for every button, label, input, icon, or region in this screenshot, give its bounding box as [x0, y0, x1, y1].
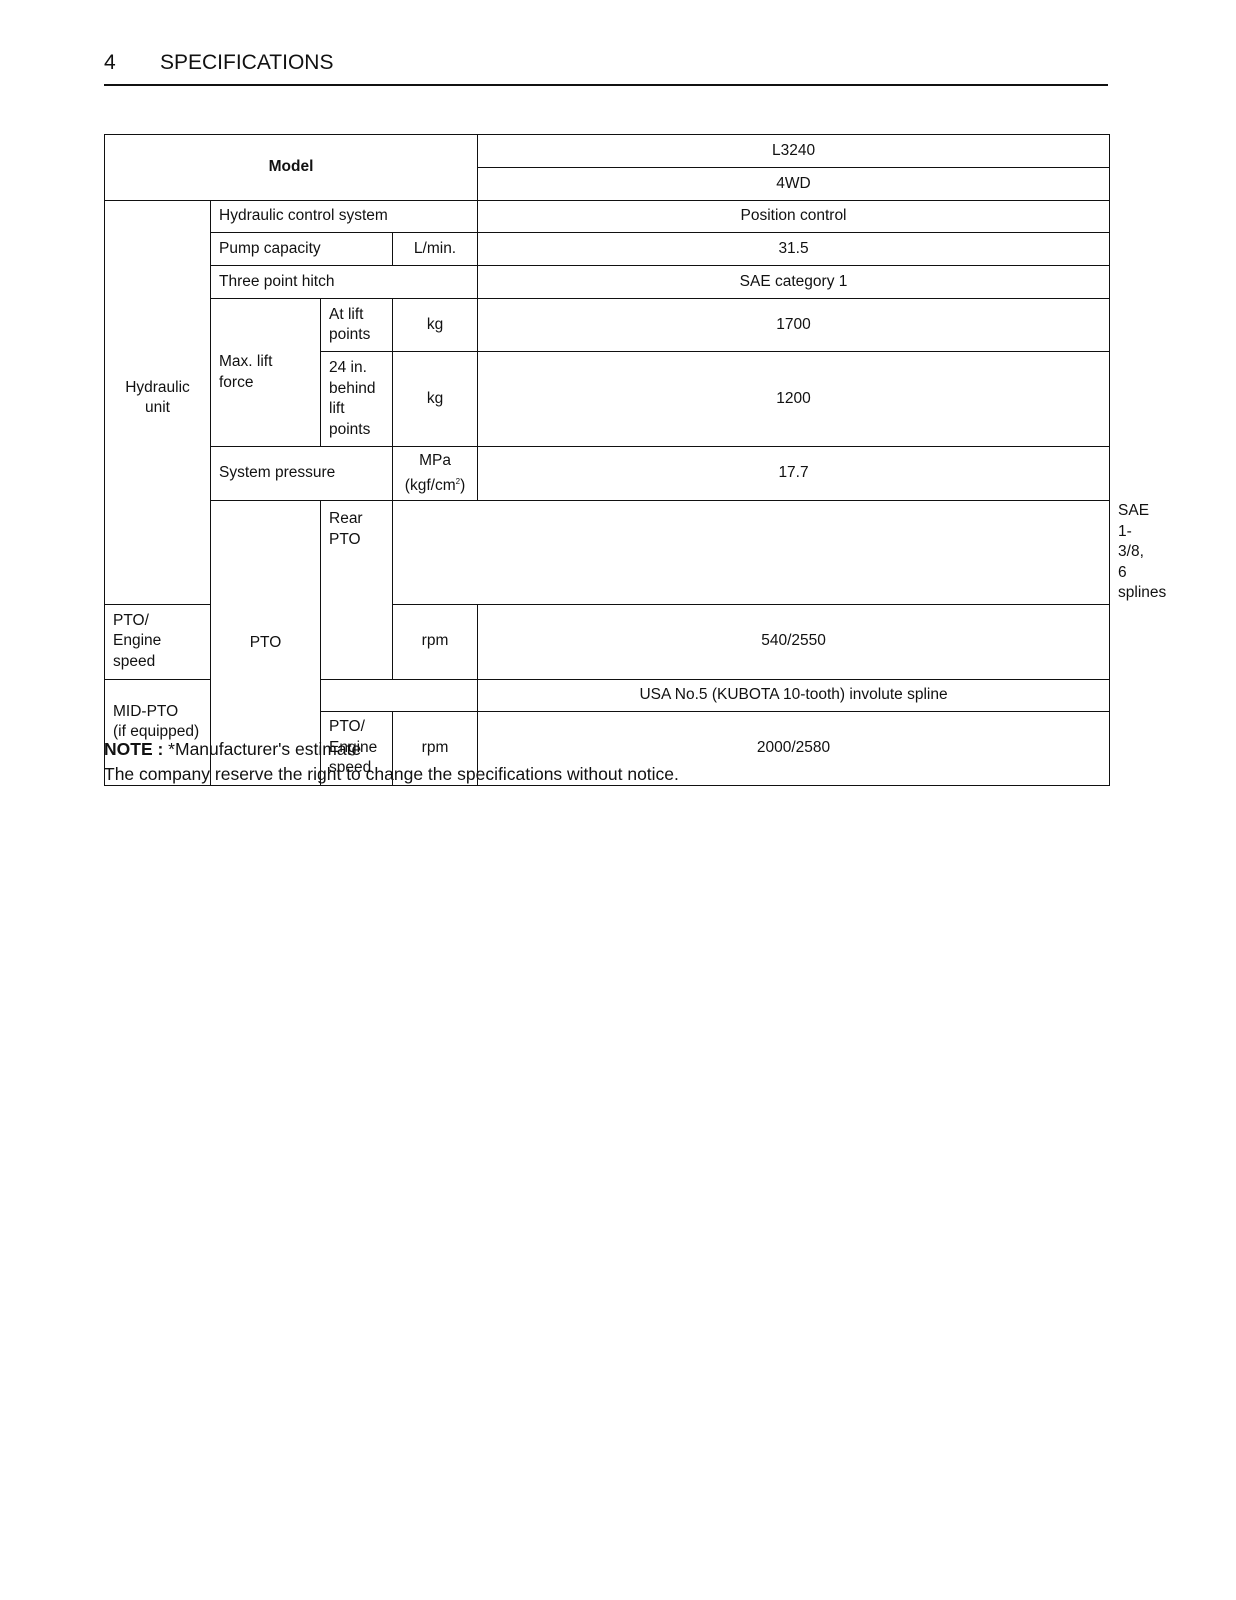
- table-row: Max. lift force At lift points kg 1700: [105, 299, 1110, 352]
- unit-line: ): [460, 477, 465, 494]
- label-line: 24 in.: [329, 359, 367, 376]
- drive-type: 4WD: [478, 168, 1110, 201]
- label-line: PTO/: [113, 612, 149, 629]
- mid-pto-shaft-value: USA No.5 (KUBOTA 10-tooth) involute spli…: [478, 679, 1110, 711]
- label-line: PTO/: [329, 718, 365, 735]
- specifications-table: Model L3240 4WD Hydraulic unit Hydraulic…: [104, 134, 1110, 786]
- table-row: System pressure MPa (kgf/cm2) 17.7: [105, 447, 1110, 501]
- table-row: Pump capacity L/min. 31.5: [105, 233, 1110, 266]
- label-line: lift: [329, 400, 345, 417]
- page-number: 4: [104, 51, 116, 75]
- table-row: Three point hitch SAE category 1: [105, 266, 1110, 299]
- notes: NOTE : *Manufacturer's estimate The comp…: [104, 737, 679, 787]
- label-line: Max. lift: [219, 353, 272, 370]
- behind-lift-points-label: 24 in. behind lift points: [321, 352, 393, 447]
- pump-capacity-unit: L/min.: [393, 233, 478, 266]
- page-header: 4 SPECIFICATIONS: [104, 48, 1108, 86]
- at-lift-points-unit: kg: [393, 299, 478, 352]
- unit-line: (kgf/cm: [405, 477, 456, 494]
- max-lift-force-label: Max. lift force: [211, 299, 321, 447]
- label-line: points: [329, 326, 370, 343]
- behind-lift-points-unit: kg: [393, 352, 478, 447]
- rear-pto-speed-unit: rpm: [393, 604, 478, 679]
- three-point-hitch-label: Three point hitch: [211, 266, 478, 299]
- table-row: PTO Rear PTO SAE 1-3/8, 6 splines: [105, 501, 1110, 605]
- rear-pto-speed-label: PTO/ Engine speed: [105, 604, 211, 679]
- model-label: Model: [105, 135, 478, 201]
- mid-pto-shaft-empty: [321, 679, 478, 711]
- system-pressure-label: System pressure: [211, 447, 393, 501]
- table-row: Model L3240: [105, 135, 1110, 168]
- behind-lift-points-value: 1200: [478, 352, 1110, 447]
- control-system-label: Hydraulic control system: [211, 201, 478, 233]
- pump-capacity-label: Pump capacity: [211, 233, 393, 266]
- label-line: At lift: [329, 306, 363, 323]
- hydraulic-unit-label: Hydraulic unit: [105, 201, 211, 605]
- at-lift-points-value: 1700: [478, 299, 1110, 352]
- label-line: Engine: [113, 632, 161, 649]
- label-line: unit: [145, 399, 170, 416]
- rear-pto-label: Rear PTO: [321, 501, 393, 680]
- model-name: L3240: [478, 135, 1110, 168]
- three-point-hitch-value: SAE category 1: [478, 266, 1110, 299]
- unit-line: MPa: [419, 452, 451, 469]
- rear-pto-speed-value: 540/2550: [478, 604, 1110, 679]
- at-lift-points-label: At lift points: [321, 299, 393, 352]
- note-line-1: NOTE : *Manufacturer's estimate: [104, 737, 679, 762]
- note-text: *Manufacturer's estimate: [163, 739, 361, 759]
- section-title: SPECIFICATIONS: [160, 51, 333, 75]
- control-system-value: Position control: [478, 201, 1110, 233]
- label-line: behind: [329, 380, 376, 397]
- rear-pto-shaft-empty: [393, 501, 1110, 605]
- system-pressure-unit: MPa (kgf/cm2): [393, 447, 478, 501]
- note-label: NOTE :: [104, 739, 163, 759]
- label-line: points: [329, 421, 370, 438]
- label-line: MID-PTO: [113, 703, 178, 720]
- label-line: speed: [113, 653, 155, 670]
- label-line: force: [219, 374, 253, 391]
- table-row: Hydraulic unit Hydraulic control system …: [105, 201, 1110, 233]
- note-line-2: The company reserve the right to change …: [104, 762, 679, 787]
- system-pressure-value: 17.7: [478, 447, 1110, 501]
- pump-capacity-value: 31.5: [478, 233, 1110, 266]
- label-line: Hydraulic: [125, 379, 190, 396]
